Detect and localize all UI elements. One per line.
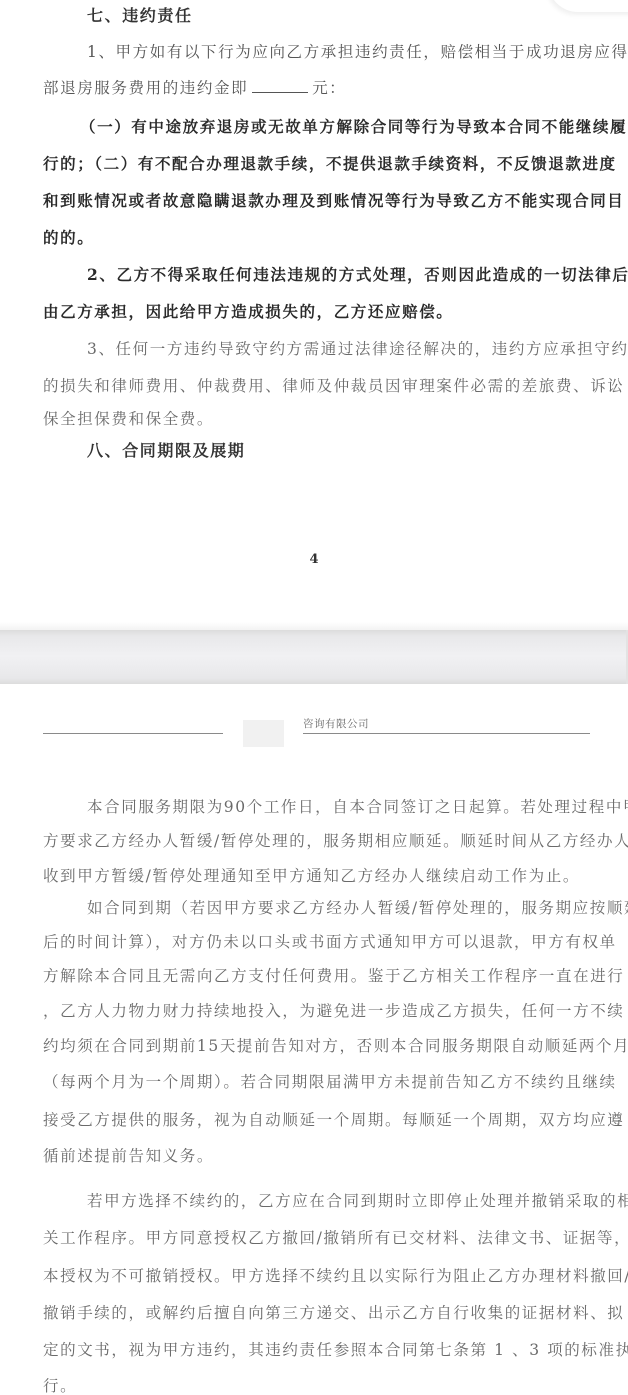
clause-3-line-2: 的损失和律师费用、仲裁费用、律师及仲裁员因审理案件必需的差旅费、诉讼 [43,376,593,396]
page-header-rule-right [303,733,590,734]
clause-1-item-line-2: 行的；（二）有不配合办理退款手续，不提供退款手续资料，不反馈退款进度 [43,154,593,174]
clause-1-line-1: 1、甲方如有以下行为应向乙方承担违约责任，赔偿相当于成功退房应得全 [87,42,628,62]
clause-2-line-2: 由乙方承担，因此给甲方造成损失的，乙方还应赔偿。 [43,302,593,322]
page-header-rule-left [43,733,223,734]
page-number: 4 [0,552,628,567]
para-2-line-3: 方解除本合同且无需向乙方支付任何费用。鉴于乙方相关工作程序一直在进行 [43,966,593,986]
para-1-line-1: 本合同服务期限为90个工作日，自本合同签订之日起算。若处理过程中甲 [87,797,628,817]
para-2-line-5: 约均须在合同到期前15天提前告知对方，否则本合同服务期限自动顺延两个月 [43,1036,593,1056]
para-2-line-8: 循前述提前告知义务。 [43,1146,593,1166]
para-2-line-2: 后的时间计算），对方仍未以口头或书面方式通知甲方可以退款，甲方有权单 [43,932,593,952]
clause-2-line-1: 2、乙方不得采取任何违法违规的方式处理，否则因此造成的一切法律后果 [87,265,628,285]
para-3-line-4: 撤销手续的，或解约后擅自向第三方递交、出示乙方自行收集的证据材料、拟 [43,1303,593,1323]
clause-1-item-line-1: （一）有中途放弃退房或无故单方解除合同等行为导致本合同不能继续履 [80,117,628,137]
redacted-block [243,720,284,747]
page-header-company-name: 咨询有限公司 [303,716,369,731]
para-2-line-1: 如合同到期（若因甲方要求乙方经办人暂缓/暂停处理的，服务期应按顺延 [87,898,628,918]
para-2-line-4: ，乙方人力物力财力持续地投入，为避免进一步造成乙方损失，任何一方不续 [43,1001,593,1021]
page-separator [0,630,628,684]
page-separator-shadow [0,622,628,630]
document-page-4: 七、违约责任 1、甲方如有以下行为应向乙方承担违约责任，赔偿相当于成功退房应得全… [0,0,628,630]
clause-1-item-line-3: 和到账情况或者故意隐瞒退款办理及到账情况等行为导致乙方不能实现合同目 [43,191,593,211]
clause-3-line-3: 保全担保费和保全费。 [43,409,593,429]
para-3-line-6: 行。 [43,1376,593,1395]
para-3-line-1: 若甲方选择不续约的，乙方应在合同到期时立即停止处理并撤销采取的相 [87,1191,628,1211]
clause-1-line-2-prefix: 部退房服务费用的违约金即 [43,79,248,97]
section-8-title: 八、合同期限及展期 [87,441,628,461]
para-1-line-3: 收到甲方暂缓/暂停处理通知至甲方通知乙方经办人继续启动工作为止。 [43,866,593,886]
clause-3-line-1: 3、任何一方违约导致守约方需通过法律途径解决的，违约方应承担守约方 [87,339,628,359]
para-1-line-2: 方要求乙方经办人暂缓/暂停处理的，服务期相应顺延。顺延时间从乙方经办人 [43,831,593,851]
section-7-title: 七、违约责任 [87,6,628,26]
penalty-amount-blank [252,78,308,93]
para-2-line-6: （每两个月为一个周期）。若合同期限届满甲方未提前告知乙方不续约且继续 [43,1072,593,1092]
clause-1-item-line-4: 的的。 [43,228,593,248]
clause-1-line-2: 部退房服务费用的违约金即元： [43,78,593,98]
para-2-line-7: 接受乙方提供的服务，视为自动顺延一个周期。每顺延一个周期，双方均应遵 [43,1110,593,1130]
para-3-line-2: 关工作程序。甲方同意授权乙方撤回/撤销所有已交材料、法律文书、证据等， [43,1228,593,1248]
para-3-line-5: 定的文书，视为甲方违约，其违约责任参照本合同第七条第 1 、3 项的标准执 [43,1340,593,1360]
clause-1-line-2-suffix: 元： [312,79,346,97]
para-3-line-3: 本授权为不可撤销授权。甲方选择不续约且以实际行为阻止乙方办理材料撤回/ [43,1266,593,1286]
